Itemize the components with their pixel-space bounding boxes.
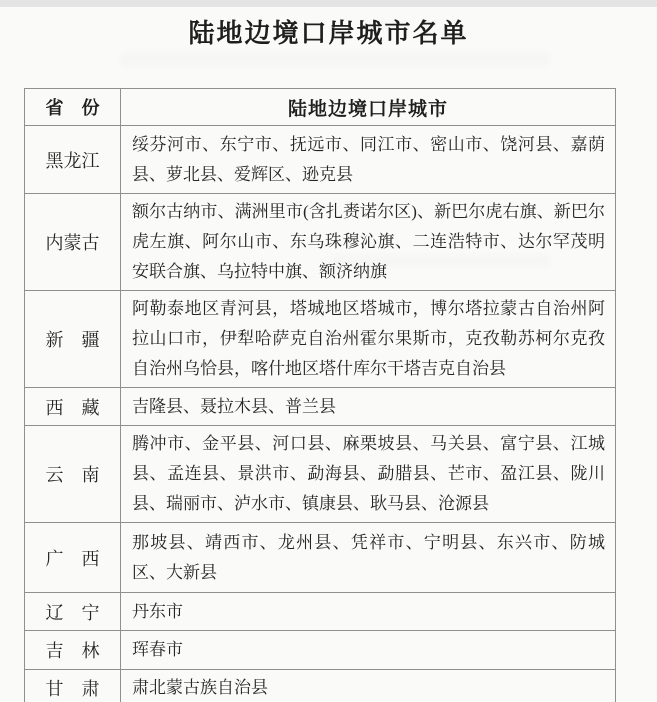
page-title: 陆地边境口岸城市名单 [0, 13, 657, 50]
province-label: 辽 宁 [46, 599, 100, 625]
table-row: 甘 肃 肃北蒙古族自治县 [25, 670, 616, 702]
cities-cell: 额尔古纳市、满洲里市(含扎赉诺尔区)、新巴尔虎右旗、新巴尔虎左旗、阿尔山市、东乌… [121, 194, 616, 291]
cities-cell: 腾冲市、金平县、河口县、麻栗坡县、马关县、富宁县、江城县、孟连县、景洪市、勐海县… [121, 426, 616, 523]
province-cell: 新 疆 [25, 291, 121, 388]
table-row: 黑龙江 绥芬河市、东宁市、抚远市、同江市、密山市、饶河县、嘉荫县、萝北县、爱辉区… [25, 126, 616, 194]
province-cell: 黑龙江 [25, 126, 121, 194]
scan-top-edge [0, 0, 657, 7]
table-row: 新 疆 阿勒泰地区青河县，塔城地区塔城市，博尔塔拉蒙古自治州阿拉山口市，伊犁哈萨… [25, 291, 616, 388]
scan-bleedthrough-artifact [120, 52, 550, 66]
table-row: 云 南 腾冲市、金平县、河口县、麻栗坡县、马关县、富宁县、江城县、孟连县、景洪市… [25, 426, 616, 523]
cities-column-header: 陆地边境口岸城市 [121, 89, 616, 126]
cities-cell: 珲春市 [121, 631, 616, 670]
cities-cell: 吉隆县、聂拉木县、普兰县 [121, 388, 616, 426]
province-cell: 辽 宁 [25, 593, 121, 631]
province-cell: 吉 林 [25, 631, 121, 670]
province-cell: 内蒙古 [25, 194, 121, 291]
table-header-row: 省 份 陆地边境口岸城市 [25, 89, 616, 126]
cities-cell: 肃北蒙古族自治县 [121, 670, 616, 702]
cities-cell: 那坡县、靖西市、龙州县、凭祥市、宁明县、东兴市、防城区、大新县 [121, 523, 616, 593]
province-label: 新 疆 [46, 326, 100, 352]
table-row: 广 西 那坡县、靖西市、龙州县、凭祥市、宁明县、东兴市、防城区、大新县 [25, 523, 616, 593]
province-label: 吉 林 [46, 637, 100, 663]
table-row: 西 藏 吉隆县、聂拉木县、普兰县 [25, 388, 616, 426]
province-label: 黑龙江 [46, 147, 100, 173]
border-cities-table: 省 份 陆地边境口岸城市 黑龙江 绥芬河市、东宁市、抚远市、同江市、密山市、饶河… [24, 88, 616, 702]
cities-cell: 丹东市 [121, 593, 616, 631]
province-cell: 广 西 [25, 523, 121, 593]
table-row: 吉 林 珲春市 [25, 631, 616, 670]
province-label: 广 西 [46, 545, 100, 571]
province-cell: 西 藏 [25, 388, 121, 426]
province-cell: 甘 肃 [25, 670, 121, 702]
province-label: 甘 肃 [46, 675, 100, 701]
table-row: 辽 宁 丹东市 [25, 593, 616, 631]
province-label: 云 南 [46, 461, 100, 487]
province-cell: 云 南 [25, 426, 121, 523]
province-label: 西 藏 [46, 394, 100, 420]
province-header-label: 省 份 [46, 94, 100, 120]
table-row: 内蒙古 额尔古纳市、满洲里市(含扎赉诺尔区)、新巴尔虎右旗、新巴尔虎左旗、阿尔山… [25, 194, 616, 291]
cities-cell: 阿勒泰地区青河县，塔城地区塔城市，博尔塔拉蒙古自治州阿拉山口市，伊犁哈萨克自治州… [121, 291, 616, 388]
cities-cell: 绥芬河市、东宁市、抚远市、同江市、密山市、饶河县、嘉荫县、萝北县、爱辉区、逊克县 [121, 126, 616, 194]
province-column-header: 省 份 [25, 89, 121, 126]
province-label: 内蒙古 [46, 229, 100, 255]
